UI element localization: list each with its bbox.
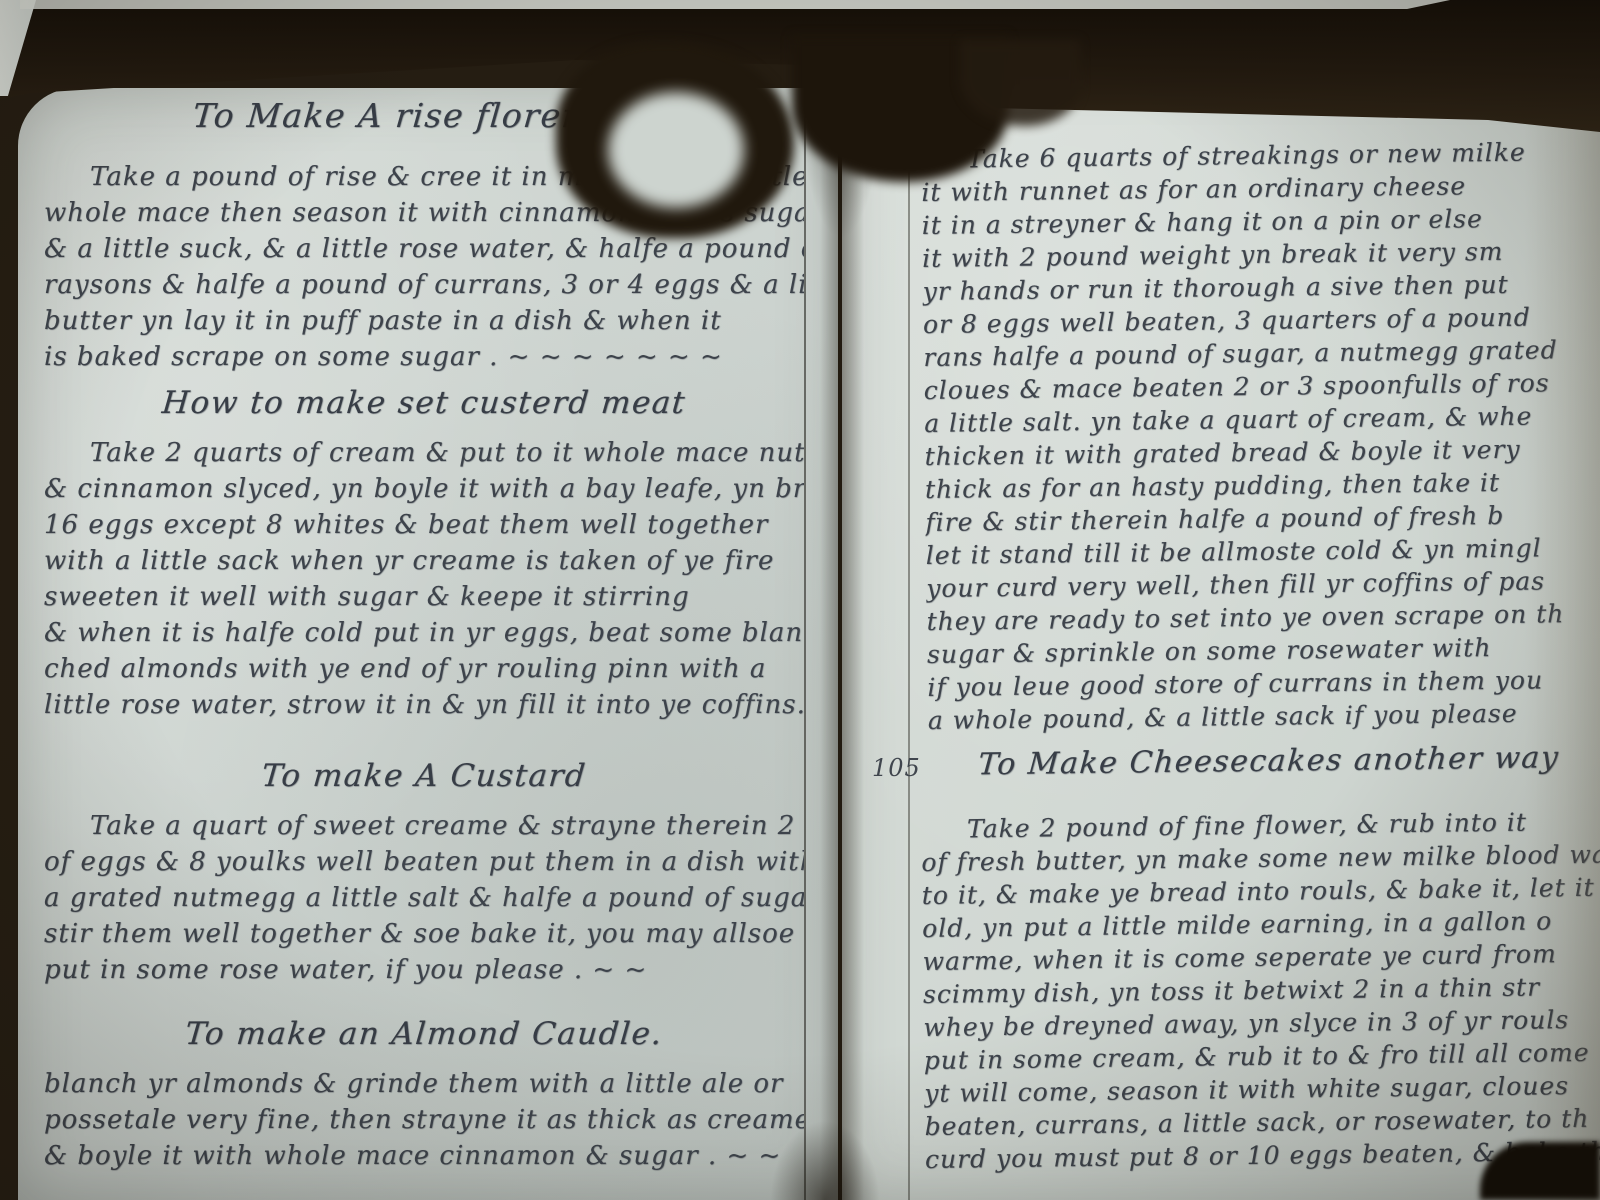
manuscript-line: stir them well together & soe bake it, y… <box>44 916 804 952</box>
recipe-title: To make an Almond Caudle. <box>42 1016 805 1052</box>
recipe-body: Take 2 pound of fine flower, & rub into … <box>921 805 1600 1176</box>
manuscript-line: ched almonds with ye end of yr rouling p… <box>44 651 804 687</box>
recipe-title: How to make set custerd meat <box>42 385 805 421</box>
manuscript-line: little rose water, strow it in & yn fill… <box>44 687 804 723</box>
manuscript-line: sweeten it well with sugar & keepe it st… <box>44 579 804 615</box>
page-edge-highlight-top <box>20 0 1450 9</box>
manuscript-line: is baked scrape on some sugar . ~ ~ ~ ~ … <box>44 339 804 375</box>
manuscript-line: possetale very fine, then strayne it as … <box>44 1102 804 1138</box>
left-page-margin-rule <box>804 102 806 1200</box>
manuscript-line: & boyle it with whole mace cinnamon & su… <box>44 1138 804 1174</box>
gutter-shadow-bottom <box>770 1120 880 1200</box>
manuscript-line: & when it is halfe cold put in yr eggs, … <box>44 615 804 651</box>
manuscript-line: of eggs & 8 youlks well beaten put them … <box>44 844 804 880</box>
recipe-body: Take 2 quarts of cream & put to it whole… <box>44 435 804 723</box>
manuscript-line: put in some rose water, if you please . … <box>44 952 804 988</box>
recipe-almond-caudle: To make an Almond Caudle. blanch yr almo… <box>44 1016 804 1174</box>
manuscript-photo: To Make A rise florentine Take a pound o… <box>0 0 1600 1200</box>
recipe-title: To Make Cheesecakes another way <box>919 740 1600 783</box>
manuscript-line: Take a quart of sweet creame & strayne t… <box>44 808 804 844</box>
manuscript-line: blanch yr almonds & grinde them with a l… <box>44 1066 804 1102</box>
manuscript-line: a whole pound, & a little sack if you pl… <box>928 696 1600 737</box>
page-number: 105 <box>872 754 921 782</box>
recipe-cheesecakes-another-way: To Make Cheesecakes another way Take 2 p… <box>920 740 1600 1176</box>
manuscript-line: 16 eggs except 8 whites & beat them well… <box>44 507 804 543</box>
manuscript-line: Take 2 quarts of cream & put to it whole… <box>44 435 804 471</box>
manuscript-line: with a little sack when yr creame is tak… <box>44 543 804 579</box>
manuscript-line: raysons & halfe a pound of currans, 3 or… <box>44 267 804 303</box>
recipe-custard: To make A Custard Take a quart of sweet … <box>44 758 804 988</box>
recipe-body: Take 6 quarts of streakings or new milke… <box>921 135 1600 737</box>
recipe-body: blanch yr almonds & grinde them with a l… <box>44 1066 804 1174</box>
recipe-set-custard-meat: How to make set custerd meat Take 2 quar… <box>44 385 804 723</box>
right-page-margin-rule <box>908 92 910 1200</box>
recipe-body: Take a quart of sweet creame & strayne t… <box>44 808 804 988</box>
recipe-title: To make A Custard <box>42 758 805 794</box>
manuscript-line: a grated nutmegg a little salt & halfe a… <box>44 880 804 916</box>
manuscript-line: butter yn lay it in puff paste in a dish… <box>44 303 804 339</box>
binding-shadow-ring-hole <box>608 92 744 208</box>
recipe-cheesecakes: To Make Cheesecakes Take 6 quarts of str… <box>920 70 1600 737</box>
manuscript-line: & cinnamon slyced, yn boyle it with a ba… <box>44 471 804 507</box>
left-page: To Make A rise florentine Take a pound o… <box>18 88 838 1200</box>
right-page: 104 105 To Make Cheesecakes Take 6 quart… <box>842 62 1600 1200</box>
